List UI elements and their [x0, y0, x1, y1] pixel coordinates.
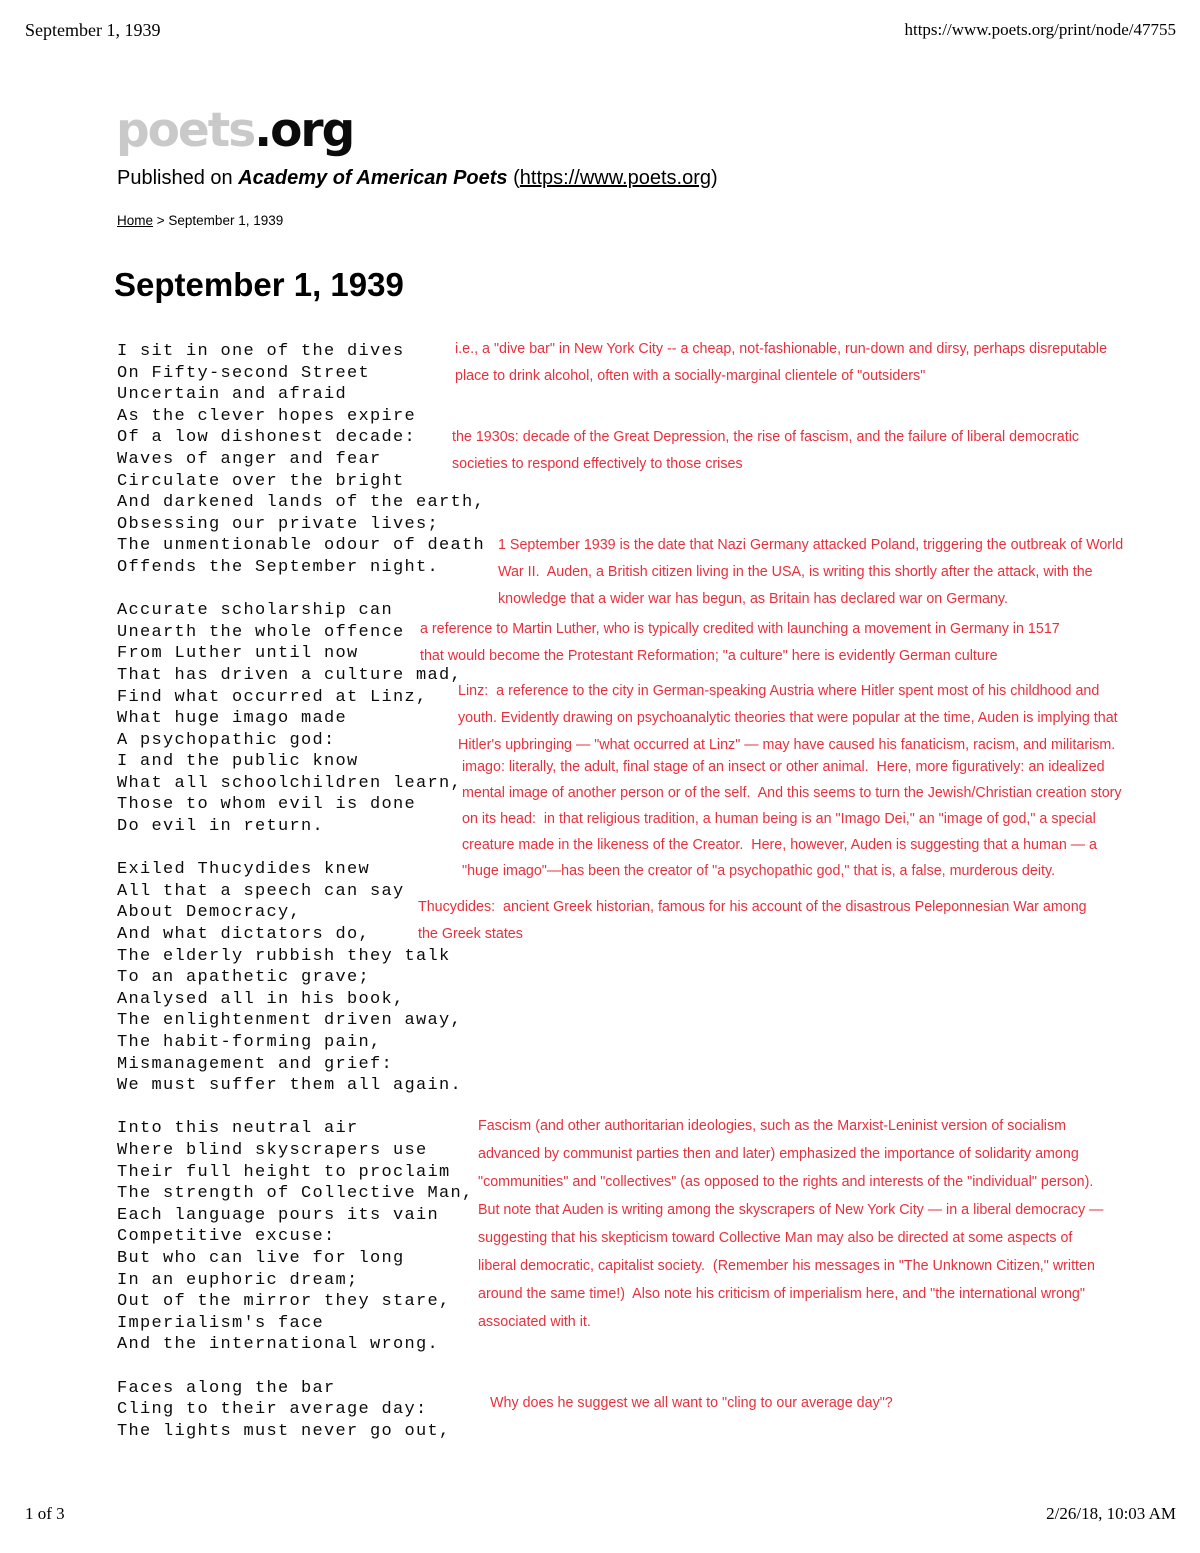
publisher-name: Academy of American Poets [238, 167, 507, 189]
paren-close: ) [711, 167, 718, 189]
annotation-1930s: the 1930s: decade of the Great Depressio… [452, 424, 1079, 478]
print-footer-page-number: 1 of 3 [25, 1504, 65, 1524]
logo-org-text: .org [254, 103, 353, 158]
poem-stanza-5: Faces along the bar Cling to their avera… [117, 1378, 485, 1443]
logo-poets-text: poets [116, 103, 254, 158]
print-header-title: September 1, 1939 [25, 20, 160, 41]
poem-stanza-4: Into this neutral air Where blind skyscr… [117, 1118, 485, 1356]
breadcrumb-current: September 1, 1939 [168, 213, 283, 228]
annotation-september-1939: 1 September 1939 is the date that Nazi G… [498, 532, 1123, 613]
published-prefix: Published on [117, 167, 238, 189]
publisher-url-link[interactable]: https://www.poets.org [520, 167, 711, 189]
paren-open: ( [513, 167, 520, 189]
print-footer-datetime: 2/26/18, 10:03 AM [1046, 1504, 1176, 1524]
annotation-thucydides: Thucydides: ancient Greek historian, fam… [418, 894, 1087, 948]
breadcrumb-home-link[interactable]: Home [117, 213, 153, 228]
page-title: September 1, 1939 [114, 266, 404, 304]
annotation-average-day: Why does he suggest we all want to "clin… [490, 1390, 893, 1417]
annotation-linz: Linz: a reference to the city in German-… [458, 678, 1118, 759]
annotation-luther: a reference to Martin Luther, who is typ… [420, 616, 1060, 670]
breadcrumb: Home > September 1, 1939 [117, 213, 283, 228]
annotation-imago: imago: literally, the adult, final stage… [462, 754, 1122, 884]
published-on-line: Published on Academy of American Poets (… [117, 167, 718, 190]
printed-page: September 1, 1939 https://www.poets.org/… [0, 0, 1200, 1553]
annotation-fascism: Fascism (and other authoritarian ideolog… [478, 1112, 1103, 1336]
annotation-dive-bar: i.e., a "dive bar" in New York City -- a… [455, 336, 1107, 390]
poets-org-logo: poets.org [116, 107, 353, 154]
breadcrumb-separator: > [153, 213, 168, 228]
poem-stanza-1: I sit in one of the dives On Fifty-secon… [117, 341, 485, 579]
print-header-url: https://www.poets.org/print/node/47755 [904, 20, 1176, 40]
